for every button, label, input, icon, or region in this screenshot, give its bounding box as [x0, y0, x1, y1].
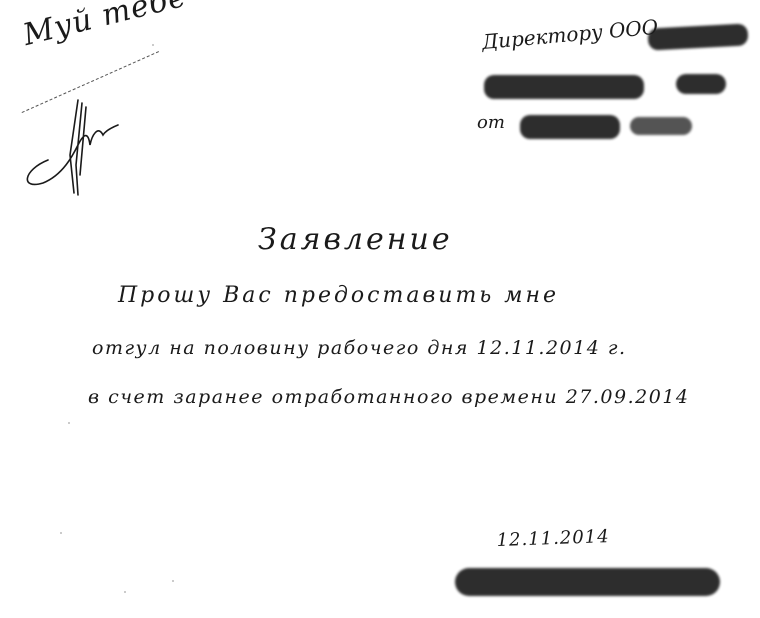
scan-speck [60, 532, 62, 534]
document-date: 12.11.2014 [496, 526, 610, 551]
scan-speck [68, 422, 70, 424]
resolution-note: Муй тебе [20, 0, 191, 53]
redacted-signature [455, 568, 720, 596]
redacted-sender-initials [630, 117, 692, 135]
addressee-line-1: Директору ООО [481, 15, 659, 54]
redacted-addressee-name [484, 75, 644, 99]
scanned-document: Муй тебе Директору ООО от Заявление Прош… [0, 0, 760, 618]
addressee-from-label: от [477, 112, 505, 133]
scan-speck [152, 44, 154, 46]
scan-speck [172, 580, 174, 582]
redacted-company-name [647, 23, 748, 50]
body-line-1: Прошу Вас предоставить мне [118, 283, 559, 308]
body-line-2: отгул на половину рабочего дня 12.11.201… [92, 337, 627, 359]
redacted-sender-name [520, 115, 620, 139]
scan-speck [124, 591, 126, 593]
document-title: Заявление [258, 222, 453, 257]
redacted-addressee-initials [676, 74, 726, 94]
resolution-signature [18, 95, 128, 205]
body-line-3: в счет заранее отработанного времени 27.… [88, 386, 690, 408]
